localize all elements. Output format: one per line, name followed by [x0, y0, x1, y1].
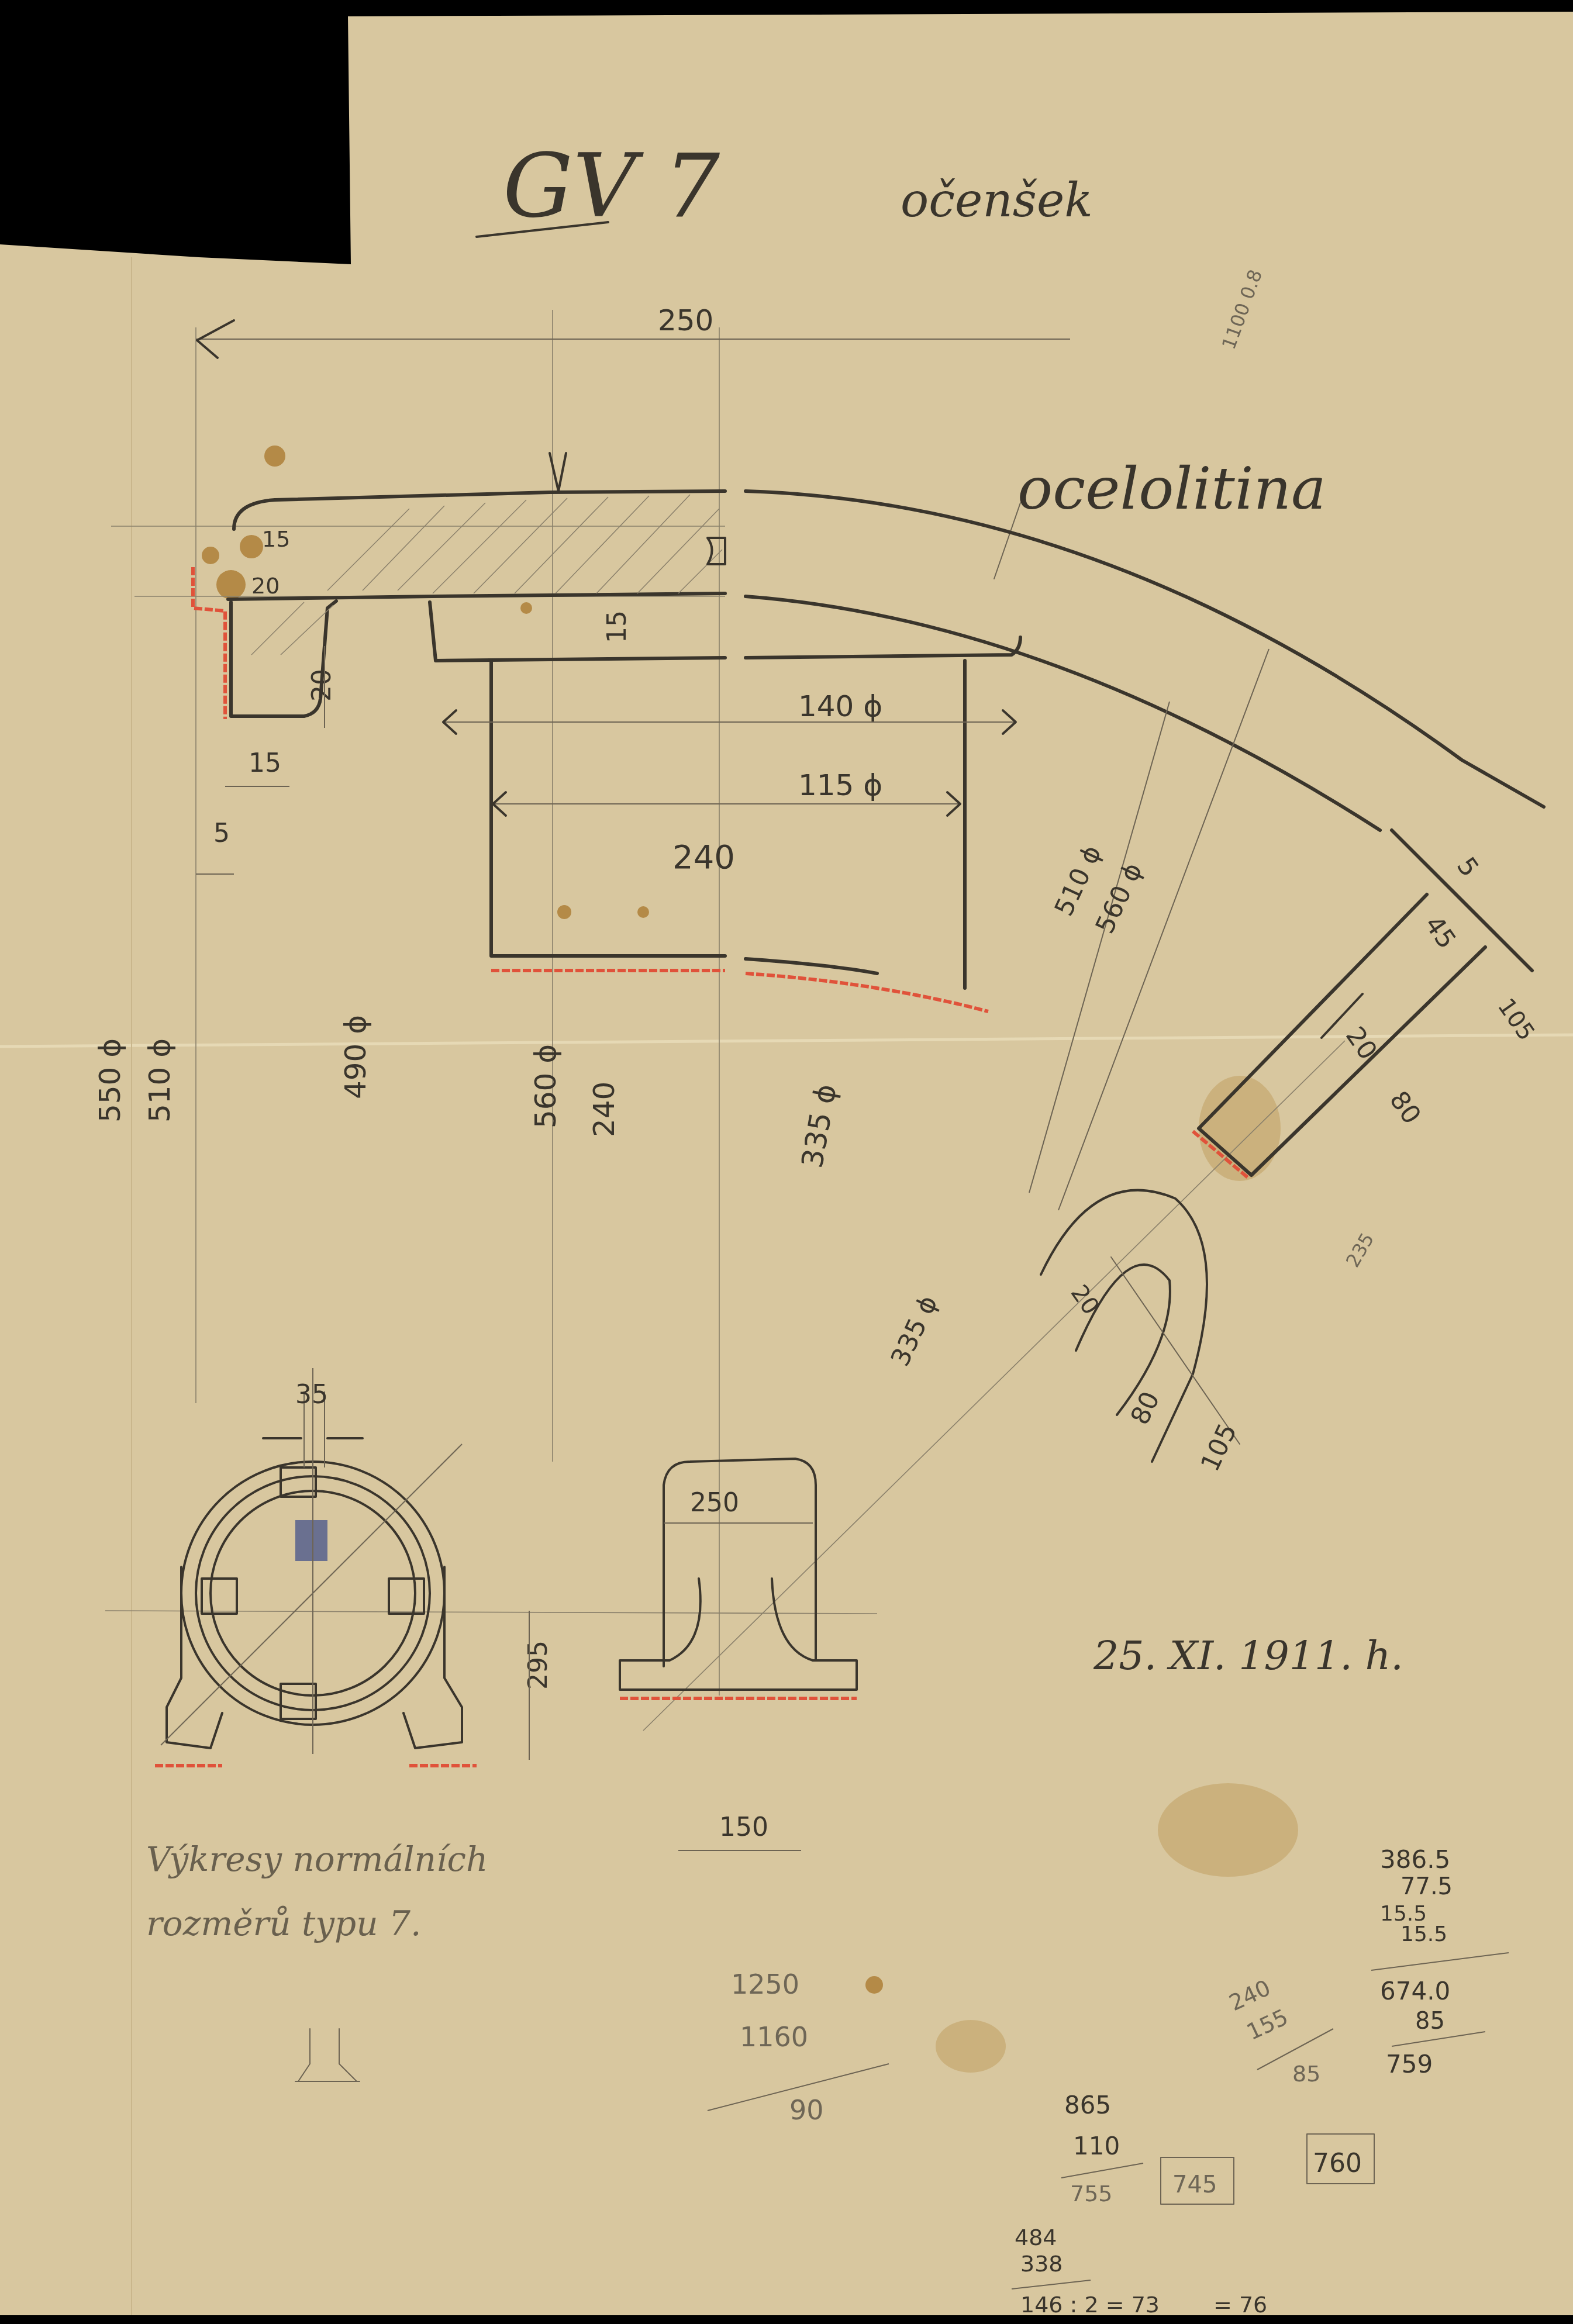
svg-text:760: 760 — [1313, 2149, 1362, 2178]
svg-text:490 ϕ: 490 ϕ — [339, 1015, 372, 1099]
svg-text:5: 5 — [213, 819, 230, 848]
svg-text:1160: 1160 — [740, 2021, 808, 2053]
svg-text:240: 240 — [672, 838, 735, 876]
svg-text:250: 250 — [658, 303, 713, 337]
svg-text:= 76: = 76 — [1213, 2292, 1267, 2318]
svg-text:1250: 1250 — [731, 1969, 799, 2000]
svg-text:115 ϕ: 115 ϕ — [798, 768, 882, 802]
svg-text:85: 85 — [1415, 2008, 1445, 2035]
svg-text:338: 338 — [1020, 2251, 1063, 2277]
svg-text:110: 110 — [1073, 2132, 1120, 2160]
svg-text:15: 15 — [249, 748, 281, 778]
note-line-2: rozměrů typu 7. — [146, 1904, 421, 1943]
svg-text:484: 484 — [1015, 2225, 1057, 2250]
svg-text:386.5: 386.5 — [1380, 1845, 1450, 1874]
svg-text:240: 240 — [587, 1082, 621, 1137]
svg-text:15: 15 — [602, 610, 632, 643]
svg-text:295: 295 — [523, 1641, 553, 1690]
date-stamp: 25. XI. 1911. h. — [1093, 1633, 1403, 1679]
svg-text:745: 745 — [1172, 2171, 1217, 2198]
note-line-1: Výkresy normálních — [146, 1839, 488, 1879]
svg-text:140 ϕ: 140 ϕ — [798, 689, 882, 723]
svg-text:20: 20 — [307, 669, 337, 702]
svg-text:759: 759 — [1386, 2050, 1433, 2078]
svg-text:15: 15 — [262, 526, 290, 552]
svg-text:20: 20 — [251, 573, 280, 599]
svg-text:550 ϕ: 550 ϕ — [93, 1038, 127, 1123]
material-note: ocelolitina — [1017, 454, 1326, 523]
drawing-title: GV 7 — [503, 136, 720, 237]
svg-text:15.5: 15.5 — [1400, 1922, 1447, 1946]
svg-text:77.5: 77.5 — [1400, 1873, 1453, 1900]
svg-text:674.0: 674.0 — [1380, 1977, 1450, 2005]
svg-text:755: 755 — [1070, 2181, 1113, 2206]
svg-text:250: 250 — [690, 1488, 739, 1518]
drawing-sheet: GV 7 očenšek ocelolitina 1100 0.8 250 — [0, 0, 1573, 2324]
svg-text:560 ϕ: 560 ϕ — [529, 1044, 563, 1128]
drawing-subtitle: očenšek — [901, 173, 1093, 227]
svg-text:85: 85 — [1292, 2061, 1320, 2087]
svg-text:150: 150 — [719, 1812, 768, 1842]
svg-text:146 : 2 = 73: 146 : 2 = 73 — [1020, 2292, 1160, 2318]
svg-text:35: 35 — [295, 1380, 328, 1410]
svg-text:865: 865 — [1064, 2091, 1111, 2119]
svg-text:510 ϕ: 510 ϕ — [143, 1038, 177, 1123]
svg-text:90: 90 — [789, 2094, 824, 2126]
